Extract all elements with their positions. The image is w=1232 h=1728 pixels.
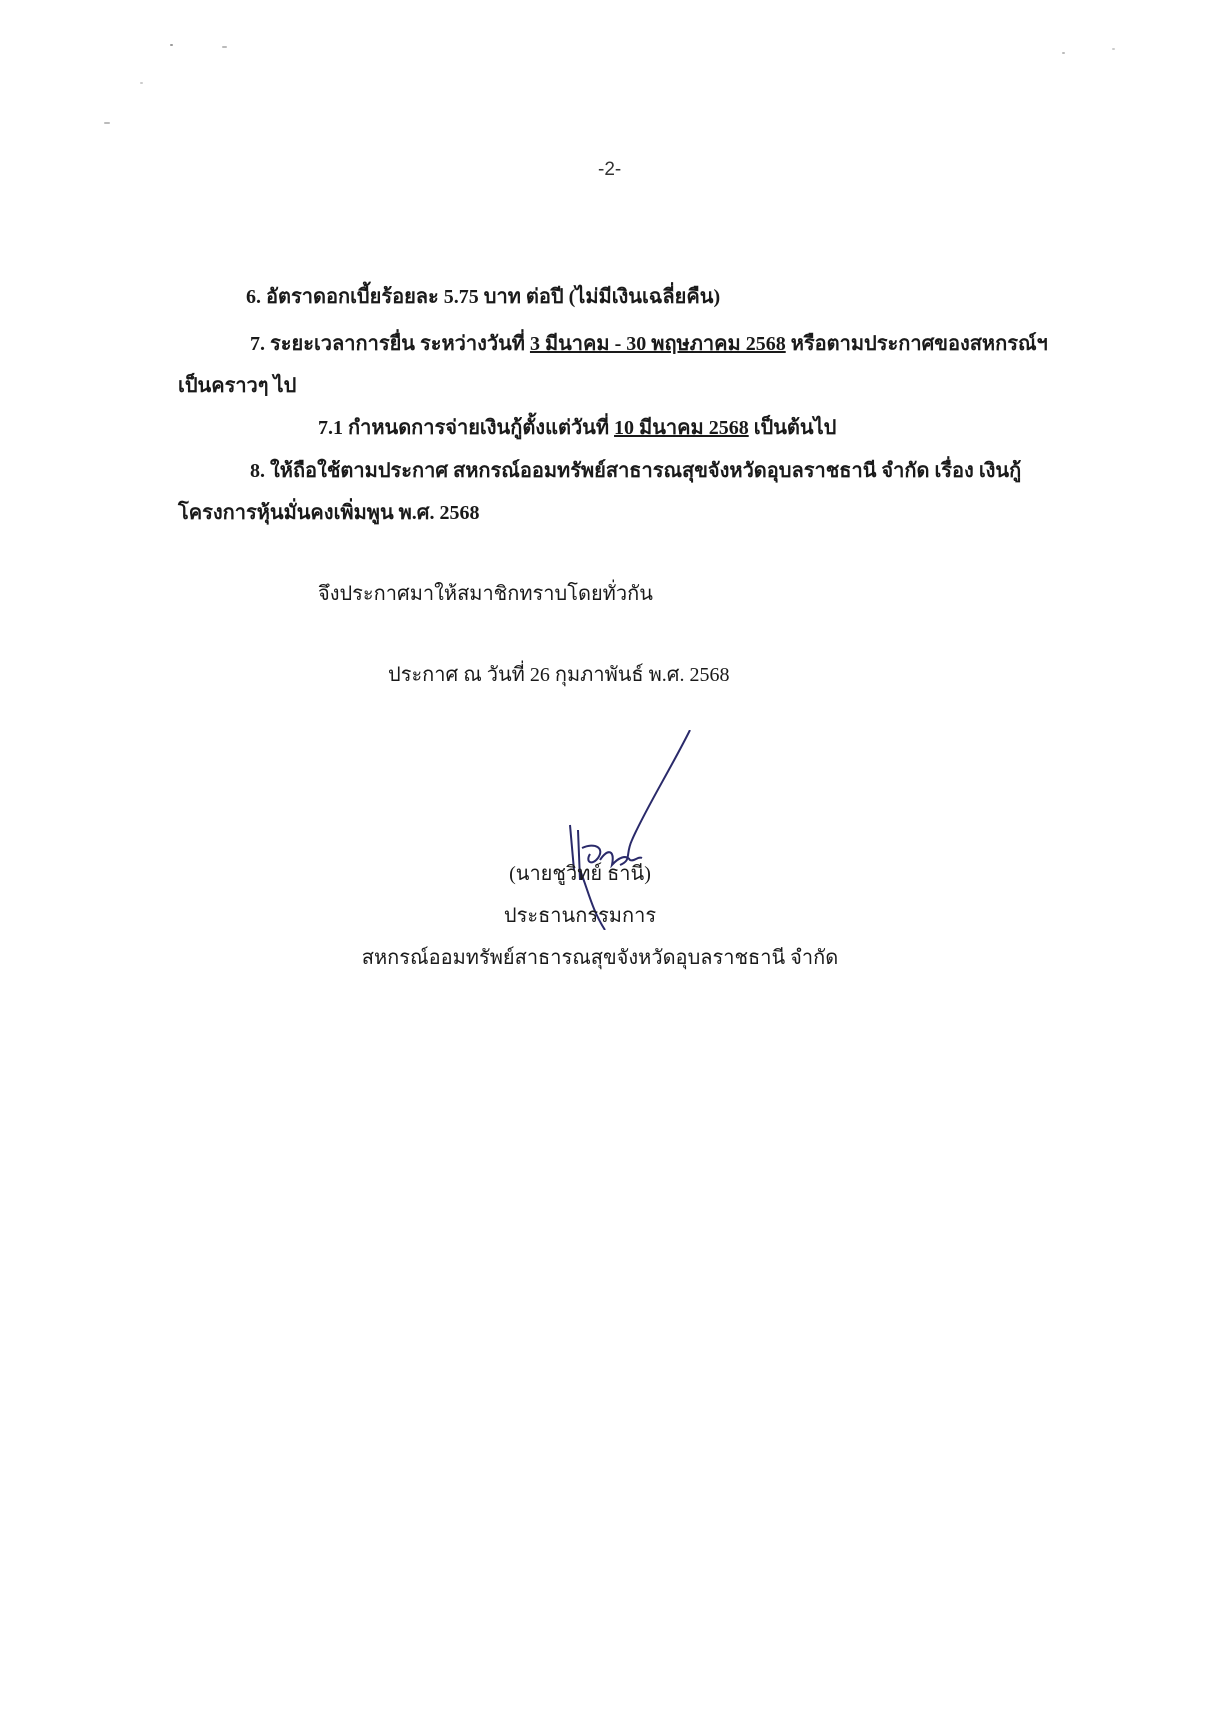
item-7-1-prefix: 7.1 กำหนดการจ่ายเงินกู้ตั้งแต่วันที่ (318, 417, 614, 439)
item-7-prefix: 7. ระยะเวลาการยื่น ระหว่างวันที่ (250, 333, 530, 355)
signatory-organization: สหกรณ์ออมทรัพย์สาธารณสุขจังหวัดอุบลราชธา… (340, 946, 860, 970)
document-page: -2- 6. อัตราดอกเบี้ยร้อยละ 5.75 บาท ต่อป… (0, 0, 1232, 1728)
scan-speck (1062, 52, 1065, 54)
item-7-suffix: หรือตามประกาศของสหกรณ์ฯ (786, 333, 1048, 355)
scan-speck (104, 122, 110, 124)
item-7-1-date: 10 มีนาคม 2568 (614, 417, 749, 439)
item-7-continuation: เป็นคราวๆ ไป (178, 374, 296, 398)
signatory-name: (นายชูวิทย์ ธานี) (420, 862, 740, 886)
date-line: ประกาศ ณ วันที่ 26 กุมภาพันธ์ พ.ศ. 2568 (388, 663, 730, 687)
item-8: 8. ให้ถือใช้ตามประกาศ สหกรณ์ออมทรัพย์สาธ… (250, 459, 1021, 483)
page-number: -2- (598, 158, 621, 182)
announcement-text: จึงประกาศมาให้สมาชิกทราบโดยทั่วกัน (318, 582, 653, 606)
scan-speck (170, 44, 173, 46)
item-7-1: 7.1 กำหนดการจ่ายเงินกู้ตั้งแต่วันที่ 10 … (318, 416, 836, 440)
signature (560, 730, 700, 930)
item-6: 6. อัตราดอกเบี้ยร้อยละ 5.75 บาท ต่อปี (ไ… (246, 285, 720, 309)
scan-speck (222, 46, 227, 48)
signatory-position: ประธานกรรมการ (420, 904, 740, 928)
item-7-period: 3 มีนาคม - 30 พฤษภาคม 2568 (530, 333, 786, 355)
item-7: 7. ระยะเวลาการยื่น ระหว่างวันที่ 3 มีนาค… (250, 332, 1048, 356)
item-7-1-suffix: เป็นต้นไป (749, 417, 837, 439)
item-8-continuation: โครงการหุ้นมั่นคงเพิ่มพูน พ.ศ. 2568 (178, 501, 480, 525)
scan-speck (140, 82, 143, 84)
scan-speck (1112, 48, 1115, 50)
